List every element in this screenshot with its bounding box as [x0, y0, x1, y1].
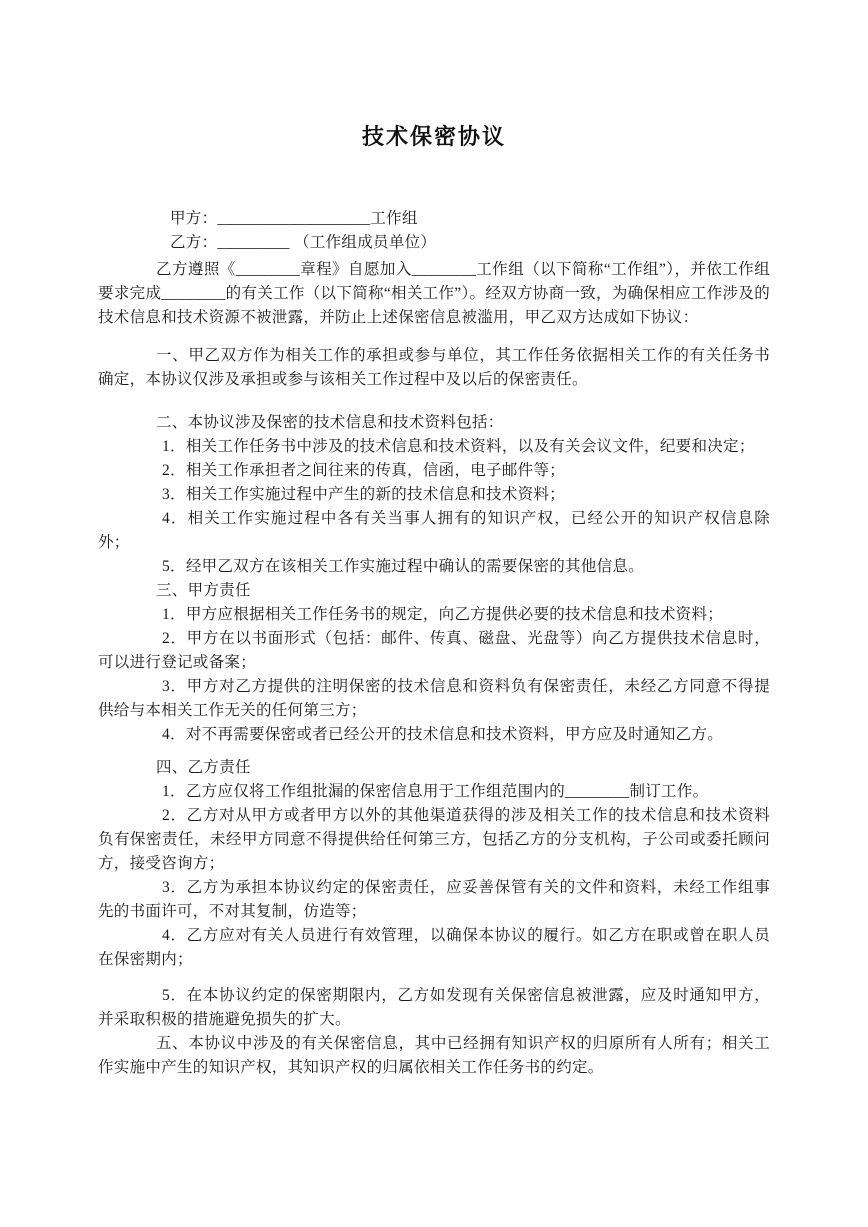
section-3-item-1: 1．甲方应根据相关工作任务书的规定，向乙方提供必要的技术信息和技术资料；	[98, 603, 770, 627]
section-4-item-4: 4．乙方应对有关人员进行有效管理，以确保本协议的履行。如乙方在职或曾在职人员在保…	[98, 924, 770, 972]
document-page: 技术保密协议 甲方：___________________工作组 乙方：____…	[0, 0, 868, 1227]
section-4-item-2: 2．乙方对从甲方或者甲方以外的其他渠道获得的涉及相关工作的技术信息和技术资料负有…	[98, 804, 770, 876]
section-2-heading: 二、本协议涉及保密的技术信息和技术资料包括：	[98, 411, 770, 435]
section-3-item-4: 4．对不再需要保密或者已经公开的技术信息和技术资料，甲方应及时通知乙方。	[98, 723, 770, 747]
section-3-item-3: 3．甲方对乙方提供的注明保密的技术信息和资料负有保密责任，未经乙方同意不得提供给…	[98, 675, 770, 723]
section-5-paragraph: 五、本协议中涉及的有关保密信息，其中已经拥有知识产权的归原所有人所有；相关工作实…	[98, 1032, 770, 1080]
section-3-heading: 三、甲方责任	[98, 579, 770, 603]
party-a-line: 甲方：___________________工作组	[98, 207, 770, 231]
section-4-item-3: 3．乙方为承担本协议约定的保密责任，应妥善保管有关的文件和资料，未经工作组事先的…	[98, 876, 770, 924]
intro-paragraph: 乙方遵照《________章程》自愿加入________工作组（以下简称“工作组…	[98, 258, 770, 330]
section-2-item-1: 1．相关工作任务书中涉及的技术信息和技术资料，以及有关会议文件，纪要和决定；	[98, 435, 770, 459]
section-2-item-2: 2．相关工作承担者之间往来的传真，信函，电子邮件等；	[98, 459, 770, 483]
section-4-item-5: 5．在本协议约定的保密期限内，乙方如发现有关保密信息被泄露，应及时通知甲方，并采…	[98, 984, 770, 1032]
section-2-item-4: 4．相关工作实施过程中各有关当事人拥有的知识产权，已经公开的知识产权信息除外；	[98, 507, 770, 555]
section-2-item-5: 5．经甲乙双方在该相关工作实施过程中确认的需要保密的其他信息。	[98, 555, 770, 579]
party-b-line: 乙方：_________ （工作组成员单位）	[98, 231, 770, 255]
section-2-item-3: 3．相关工作实施过程中产生的新的技术信息和技术资料；	[98, 483, 770, 507]
section-4-item-1: 1．乙方应仅将工作组批漏的保密信息用于工作组范围内的________制订工作。	[98, 780, 770, 804]
section-3-item-2: 2．甲方在以书面形式（包括：邮件、传真、磁盘、光盘等）向乙方提供技术信息时，可以…	[98, 627, 770, 675]
document-title: 技术保密协议	[98, 122, 770, 152]
section-4-heading: 四、乙方责任	[98, 756, 770, 780]
section-1-paragraph: 一、甲乙双方作为相关工作的承担或参与单位，其工作任务依据相关工作的有关任务书确定…	[98, 344, 770, 392]
